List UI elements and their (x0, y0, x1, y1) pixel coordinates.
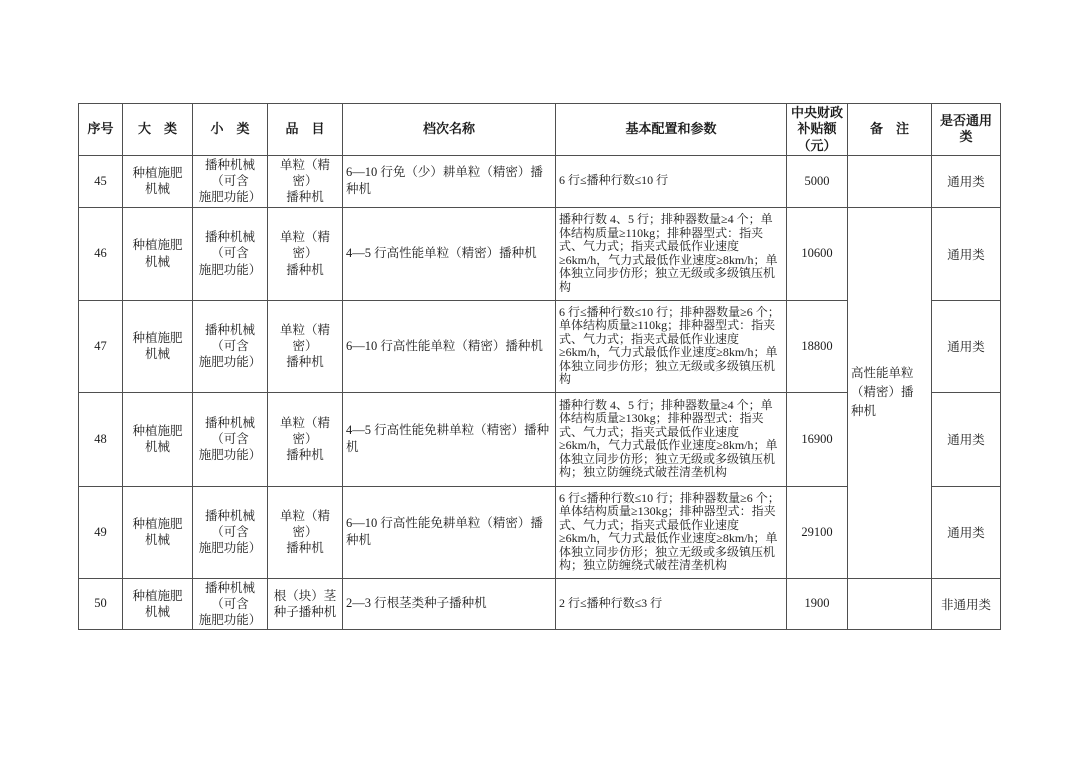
cell-major-category: 种植施肥 机械 (123, 300, 193, 392)
cell-major-category: 种植施肥 机械 (123, 155, 193, 207)
cell-subsidy-amount: 5000 (787, 155, 848, 207)
cell-subsidy-amount: 10600 (787, 207, 848, 300)
cell-grade-name: 6—10 行免（少）耕单粒（精密）播种机 (343, 155, 556, 207)
header-config: 基本配置和参数 (556, 104, 787, 156)
cell-grade-name: 4—5 行高性能单粒（精密）播种机 (343, 207, 556, 300)
cell-item: 单粒（精密） 播种机 (268, 155, 343, 207)
cell-general-class: 通用类 (932, 207, 1001, 300)
cell-subsidy-amount: 29100 (787, 486, 848, 578)
cell-remark (848, 578, 932, 630)
header-minor: 小 类 (193, 104, 268, 156)
table-row-45: 45 种植施肥 机械 播种机械 （可含 施肥功能） 单粒（精密） 播种机 6—1… (79, 155, 1001, 207)
cell-major-category: 种植施肥 机械 (123, 392, 193, 486)
cell-item: 单粒（精密） 播种机 (268, 207, 343, 300)
cell-general-class: 非通用类 (932, 578, 1001, 630)
cell-configuration: 6 行≤播种行数≤10 行 (556, 155, 787, 207)
header-major: 大 类 (123, 104, 193, 156)
cell-remark (848, 155, 932, 207)
cell-configuration: 6 行≤播种行数≤10 行；排种器数量≥6 个；单体结构质量≥130kg；排种器… (556, 486, 787, 578)
cell-item: 根（块）茎 种子播种机 (268, 578, 343, 630)
cell-minor-category: 播种机械 （可含 施肥功能） (193, 392, 268, 486)
header-item: 品 目 (268, 104, 343, 156)
cell-grade-name: 4—5 行高性能免耕单粒（精密）播种机 (343, 392, 556, 486)
cell-serial: 48 (79, 392, 123, 486)
cell-subsidy-amount: 1900 (787, 578, 848, 630)
cell-major-category: 种植施肥 机械 (123, 486, 193, 578)
cell-remark-merged: 高性能单粒 （精密）播 种机 (848, 207, 932, 578)
cell-general-class: 通用类 (932, 155, 1001, 207)
cell-item: 单粒（精密） 播种机 (268, 392, 343, 486)
cell-minor-category: 播种机械 （可含 施肥功能） (193, 300, 268, 392)
cell-grade-name: 6—10 行高性能单粒（精密）播种机 (343, 300, 556, 392)
cell-subsidy-amount: 16900 (787, 392, 848, 486)
cell-serial: 45 (79, 155, 123, 207)
cell-subsidy-amount: 18800 (787, 300, 848, 392)
subsidy-table: 序号 大 类 小 类 品 目 档次名称 基本配置和参数 中央财政 补贴额 （元）… (78, 103, 1001, 630)
cell-major-category: 种植施肥 机械 (123, 578, 193, 630)
table-row-50: 50 种植施肥 机械 播种机械 （可含 施肥功能） 根（块）茎 种子播种机 2—… (79, 578, 1001, 630)
cell-configuration: 播种行数 4、5 行；排种器数量≥4 个；单体结构质量≥110kg；排种器型式：… (556, 207, 787, 300)
cell-general-class: 通用类 (932, 392, 1001, 486)
cell-grade-name: 2—3 行根茎类种子播种机 (343, 578, 556, 630)
header-serial: 序号 (79, 104, 123, 156)
header-subsidy: 中央财政 补贴额 （元） (787, 104, 848, 156)
cell-grade-name: 6—10 行高性能免耕单粒（精密）播种机 (343, 486, 556, 578)
cell-item: 单粒（精密） 播种机 (268, 486, 343, 578)
cell-serial: 47 (79, 300, 123, 392)
cell-serial: 50 (79, 578, 123, 630)
table-row-46: 46 种植施肥 机械 播种机械 （可含 施肥功能） 单粒（精密） 播种机 4—5… (79, 207, 1001, 300)
cell-item: 单粒（精密） 播种机 (268, 300, 343, 392)
cell-general-class: 通用类 (932, 486, 1001, 578)
cell-serial: 49 (79, 486, 123, 578)
cell-major-category: 种植施肥 机械 (123, 207, 193, 300)
cell-configuration: 6 行≤播种行数≤10 行；排种器数量≥6 个；单体结构质量≥110kg；排种器… (556, 300, 787, 392)
header-row: 序号 大 类 小 类 品 目 档次名称 基本配置和参数 中央财政 补贴额 （元）… (79, 104, 1001, 156)
cell-minor-category: 播种机械 （可含 施肥功能） (193, 486, 268, 578)
cell-general-class: 通用类 (932, 300, 1001, 392)
cell-configuration: 播种行数 4、5 行；排种器数量≥4 个；单体结构质量≥130kg；排种器型式：… (556, 392, 787, 486)
cell-minor-category: 播种机械 （可含 施肥功能） (193, 578, 268, 630)
header-grade: 档次名称 (343, 104, 556, 156)
cell-minor-category: 播种机械 （可含 施肥功能） (193, 155, 268, 207)
cell-serial: 46 (79, 207, 123, 300)
header-remark: 备 注 (848, 104, 932, 156)
cell-minor-category: 播种机械 （可含 施肥功能） (193, 207, 268, 300)
document-page: 序号 大 类 小 类 品 目 档次名称 基本配置和参数 中央财政 补贴额 （元）… (78, 103, 1001, 630)
header-general: 是否通用 类 (932, 104, 1001, 156)
cell-configuration: 2 行≤播种行数≤3 行 (556, 578, 787, 630)
